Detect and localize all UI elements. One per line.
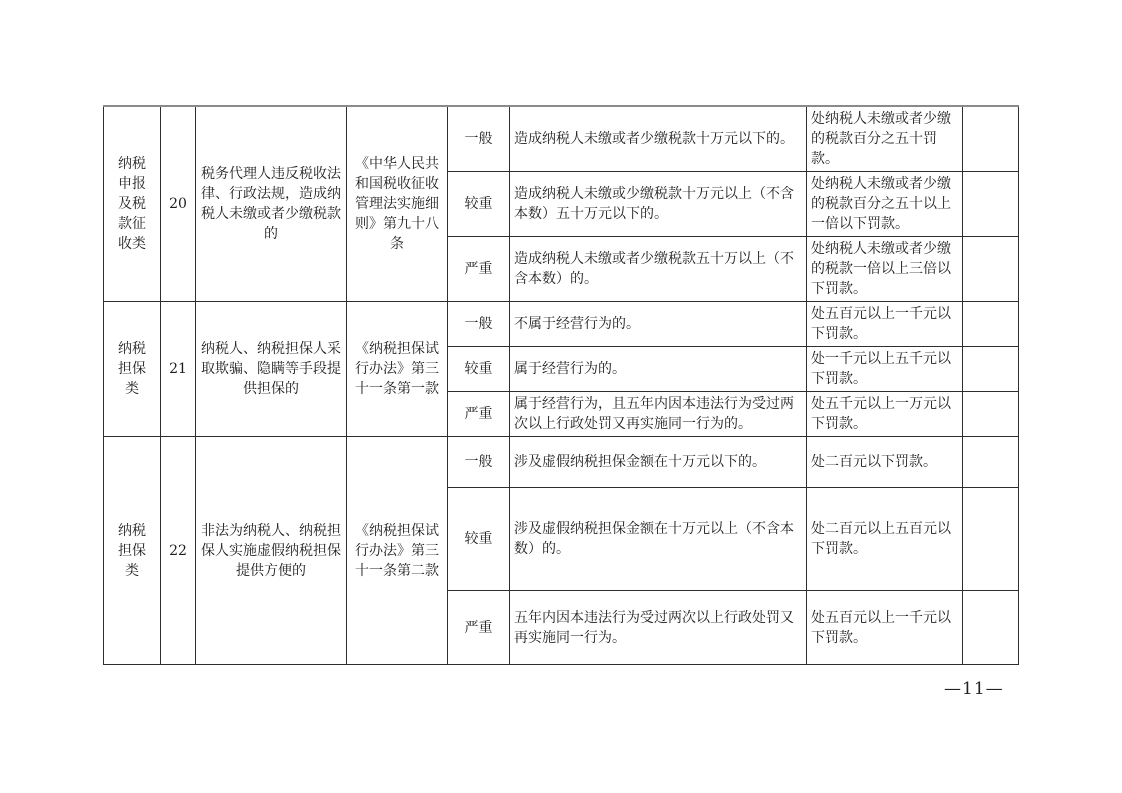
category-cell: 纳税担保类 (104, 302, 161, 437)
empty-cell (963, 437, 1019, 488)
empty-cell (963, 302, 1019, 347)
circumstance-cell: 属于经营行为，且五年内因本违法行为受过两次以上行政处罚又再实施同一行为的。 (510, 392, 807, 437)
penalty-cell: 处二百元以下罚款。 (807, 437, 963, 488)
document-page: 纳税申报及税款征收类 20 税务代理人违反税收法律、行政法规，造成纳税人未缴或者… (0, 0, 1122, 793)
empty-cell (963, 392, 1019, 437)
severity-cell: 较重 (448, 172, 510, 237)
empty-cell (963, 347, 1019, 392)
category-text: 纳税担保类 (117, 521, 147, 581)
empty-cell (963, 106, 1019, 172)
empty-cell (963, 237, 1019, 302)
item-number-cell: 21 (161, 302, 196, 437)
empty-cell (963, 591, 1019, 665)
circumstance-cell: 造成纳税人未缴或少缴税款十万元以上（不含本数）五十万元以下的。 (510, 172, 807, 237)
legal-basis-cell: 《中华人民共和国税收征收管理法实施细则》第九十八条 (347, 106, 448, 302)
severity-cell: 一般 (448, 437, 510, 488)
penalty-cell: 处一千元以上五千元以下罚款。 (807, 347, 963, 392)
table-row: 纳税担保类 22 非法为纳税人、纳税担保人实施虚假纳税担保提供方便的 《纳税担保… (104, 437, 1019, 488)
legal-basis-cell: 《纳税担保试行办法》第三十一条第一款 (347, 302, 448, 437)
severity-cell: 较重 (448, 488, 510, 591)
violation-cell: 税务代理人违反税收法律、行政法规，造成纳税人未缴或者少缴税款的 (196, 106, 347, 302)
empty-cell (963, 172, 1019, 237)
severity-cell: 一般 (448, 302, 510, 347)
severity-cell: 严重 (448, 392, 510, 437)
severity-cell: 一般 (448, 106, 510, 172)
item-number-cell: 20 (161, 106, 196, 302)
severity-cell: 严重 (448, 591, 510, 665)
category-text: 纳税申报及税款征收类 (117, 154, 147, 254)
legal-basis-cell: 《纳税担保试行办法》第三十一条第二款 (347, 437, 448, 665)
violation-penalty-table: 纳税申报及税款征收类 20 税务代理人违反税收法律、行政法规，造成纳税人未缴或者… (103, 105, 1019, 665)
circumstance-cell: 造成纳税人未缴或者少缴税款十万元以下的。 (510, 106, 807, 172)
penalty-cell: 处五千元以上一万元以下罚款。 (807, 392, 963, 437)
circumstance-cell: 造成纳税人未缴或者少缴税款五十万以上（不含本数）的。 (510, 237, 807, 302)
circumstance-cell: 涉及虚假纳税担保金额在十万元以下的。 (510, 437, 807, 488)
item-number-cell: 22 (161, 437, 196, 665)
severity-cell: 严重 (448, 237, 510, 302)
violation-cell: 纳税人、纳税担保人采取欺骗、隐瞒等手段提供担保的 (196, 302, 347, 437)
circumstance-cell: 五年内因本违法行为受过两次以上行政处罚又再实施同一行为。 (510, 591, 807, 665)
penalty-cell: 处二百元以上五百元以下罚款。 (807, 488, 963, 591)
penalty-cell: 处纳税人未缴或者少缴的税款百分之五十以上一倍以下罚款。 (807, 172, 963, 237)
severity-cell: 较重 (448, 347, 510, 392)
table-row: 纳税担保类 21 纳税人、纳税担保人采取欺骗、隐瞒等手段提供担保的 《纳税担保试… (104, 302, 1019, 347)
page-number: —11— (944, 679, 1004, 699)
circumstance-cell: 不属于经营行为的。 (510, 302, 807, 347)
violation-cell: 非法为纳税人、纳税担保人实施虚假纳税担保提供方便的 (196, 437, 347, 665)
category-cell: 纳税申报及税款征收类 (104, 106, 161, 302)
penalty-cell: 处纳税人未缴或者少缴的税款百分之五十罚款。 (807, 106, 963, 172)
table-row: 纳税申报及税款征收类 20 税务代理人违反税收法律、行政法规，造成纳税人未缴或者… (104, 106, 1019, 172)
penalty-cell: 处五百元以上一千元以下罚款。 (807, 591, 963, 665)
penalty-cell: 处五百元以上一千元以下罚款。 (807, 302, 963, 347)
circumstance-cell: 属于经营行为的。 (510, 347, 807, 392)
empty-cell (963, 488, 1019, 591)
circumstance-cell: 涉及虚假纳税担保金额在十万元以上（不含本数）的。 (510, 488, 807, 591)
penalty-cell: 处纳税人未缴或者少缴的税款一倍以上三倍以下罚款。 (807, 237, 963, 302)
category-text: 纳税担保类 (117, 339, 147, 399)
category-cell: 纳税担保类 (104, 437, 161, 665)
